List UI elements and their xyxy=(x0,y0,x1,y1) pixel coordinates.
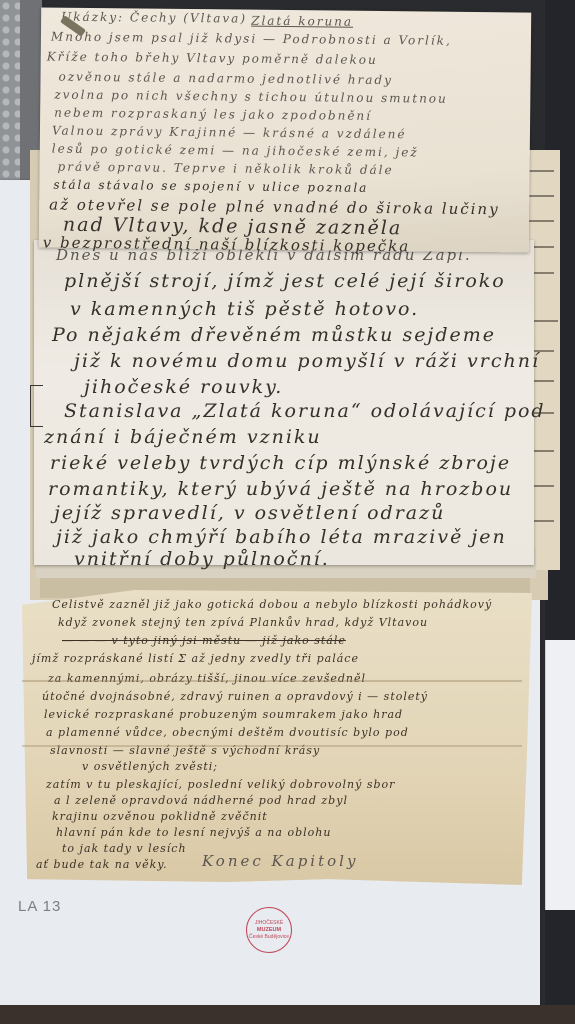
handwriting-line: zvolna po nich všechny s tichou útulnou … xyxy=(54,88,448,106)
signature-konec-kapitoly: Konec Kapitoly xyxy=(202,852,358,870)
handwriting-line: Celistvě zazněl již jako gotická dobou a… xyxy=(52,598,492,611)
handwriting-line: v kamenných tiš pěstě hotovo. xyxy=(70,298,419,320)
handwriting-line: v osvětlených zvěsti; xyxy=(82,760,218,773)
handwriting-line: levické rozpraskané probuzeným soumrakem… xyxy=(44,708,403,721)
handwriting-line: Po nějakém dřevěném můstku sejdeme xyxy=(52,324,496,346)
manuscript-page-upper: Ukázky: Čechy (Vltava) Zlatá koruna Mnoh… xyxy=(39,7,531,252)
handwriting-line: Mnoho jsem psal již kdysi — Podrobnosti … xyxy=(51,30,452,48)
page-title: Zlatá koruna xyxy=(251,14,353,29)
handwriting-line: Kříže toho břehy Vltavy poměrně dalekou xyxy=(47,50,378,67)
handwriting-line: právě opravu. Teprve i několik kroků dál… xyxy=(58,160,394,178)
handwriting-line: ozvěnou stále a nadarmo jednotlivé hrady xyxy=(58,70,393,88)
stamp-middle-text: MUZEUM xyxy=(257,927,281,934)
paper-crease xyxy=(22,680,522,682)
handwriting-line: v bezprostřední naší blízkosti kopečka xyxy=(43,233,411,255)
stamp-bottom-text: České Budějovice xyxy=(249,934,289,941)
shelfmark-label: LA 13 xyxy=(18,898,61,915)
handwriting-line: zatím v tu pleskající, poslední veliký d… xyxy=(46,778,395,791)
handwriting-line: to jak tady v lesích xyxy=(62,842,187,855)
handwriting-line: vnitřní doby půlnoční. xyxy=(74,548,330,570)
handwriting-line: již jako chmýří babího léta mrazivě jen xyxy=(56,526,507,548)
paper-crease xyxy=(22,745,522,747)
handwriting-line: jímž rozpráskané listí Σ až jedny zvedly… xyxy=(32,652,359,665)
handwriting-line: rieké veleby tvrdých cíp mlýnské zbroje xyxy=(50,452,511,474)
handwriting-line: hlavní pán kde to lesní nejvýš a na oblo… xyxy=(56,826,331,839)
handwriting-line: Valnou zprávy Krajinné — krásné a vzdále… xyxy=(52,124,407,142)
handwriting-line: jihočeské rouvky. xyxy=(84,376,283,398)
handwriting-line: a l zeleně opravdová nádherné pod hrad z… xyxy=(54,794,348,807)
handwriting-line: znání i báječném vzniku xyxy=(44,426,322,448)
white-paper-stack xyxy=(545,640,575,910)
page-header-note: Ukázky: Čechy (Vltava) xyxy=(61,10,247,26)
handwriting-line: plnější strojí, jímž jest celé její širo… xyxy=(64,270,506,292)
handwriting-line: lesů po gotické zemi — na jihočeské zemi… xyxy=(52,142,419,160)
dark-table-bottom xyxy=(0,1005,575,1024)
manuscript-fragment: Celistvě zazněl již jako gotická dobou a… xyxy=(22,590,532,885)
handwriting-line: Stanislava „Zlatá koruna“ odolávající po… xyxy=(64,400,546,422)
manuscript-page-lower: Dnes u nás blíží oblékli v dalším rádu Z… xyxy=(34,240,534,565)
handwriting-line: romantiky, který ubývá ještě na hrozbou xyxy=(48,478,513,500)
margin-bracket-mark xyxy=(30,385,43,427)
stamp-top-text: JIHOČESKÉ xyxy=(255,920,283,927)
handwriting-line: když zvonek stejný ten zpívá Plankův hra… xyxy=(58,616,428,629)
handwriting-line: jejíž spravedlí, v osvětlení odrazů xyxy=(54,502,445,524)
handwriting-line: již k novému domu pomyšlí v ráži vrchní xyxy=(74,350,540,372)
handwriting-line: krajinu ozvěnou poklidně zvěčnit xyxy=(52,810,268,823)
museum-stamp: JIHOČESKÉ MUZEUM České Budějovice xyxy=(246,907,292,953)
handwriting-line: za kamennými, obrázy tišší, jinou více z… xyxy=(48,672,366,685)
handwriting-line: stála stávalo se spojení v ulice poznala xyxy=(53,178,368,195)
handwriting-line: ať bude tak na věky. xyxy=(36,858,168,871)
handwriting-line: útočné dvojnásobné, zdravý ruinen a opra… xyxy=(42,690,428,703)
handwriting-line: — — — v tyto jiný jsi městu — již jako s… xyxy=(62,634,346,647)
handwriting-line: nebem rozpraskaný les jako zpodobnění xyxy=(54,106,372,123)
handwriting-line: a plamenné vůdce, obecnými deštěm dvouti… xyxy=(46,726,409,739)
